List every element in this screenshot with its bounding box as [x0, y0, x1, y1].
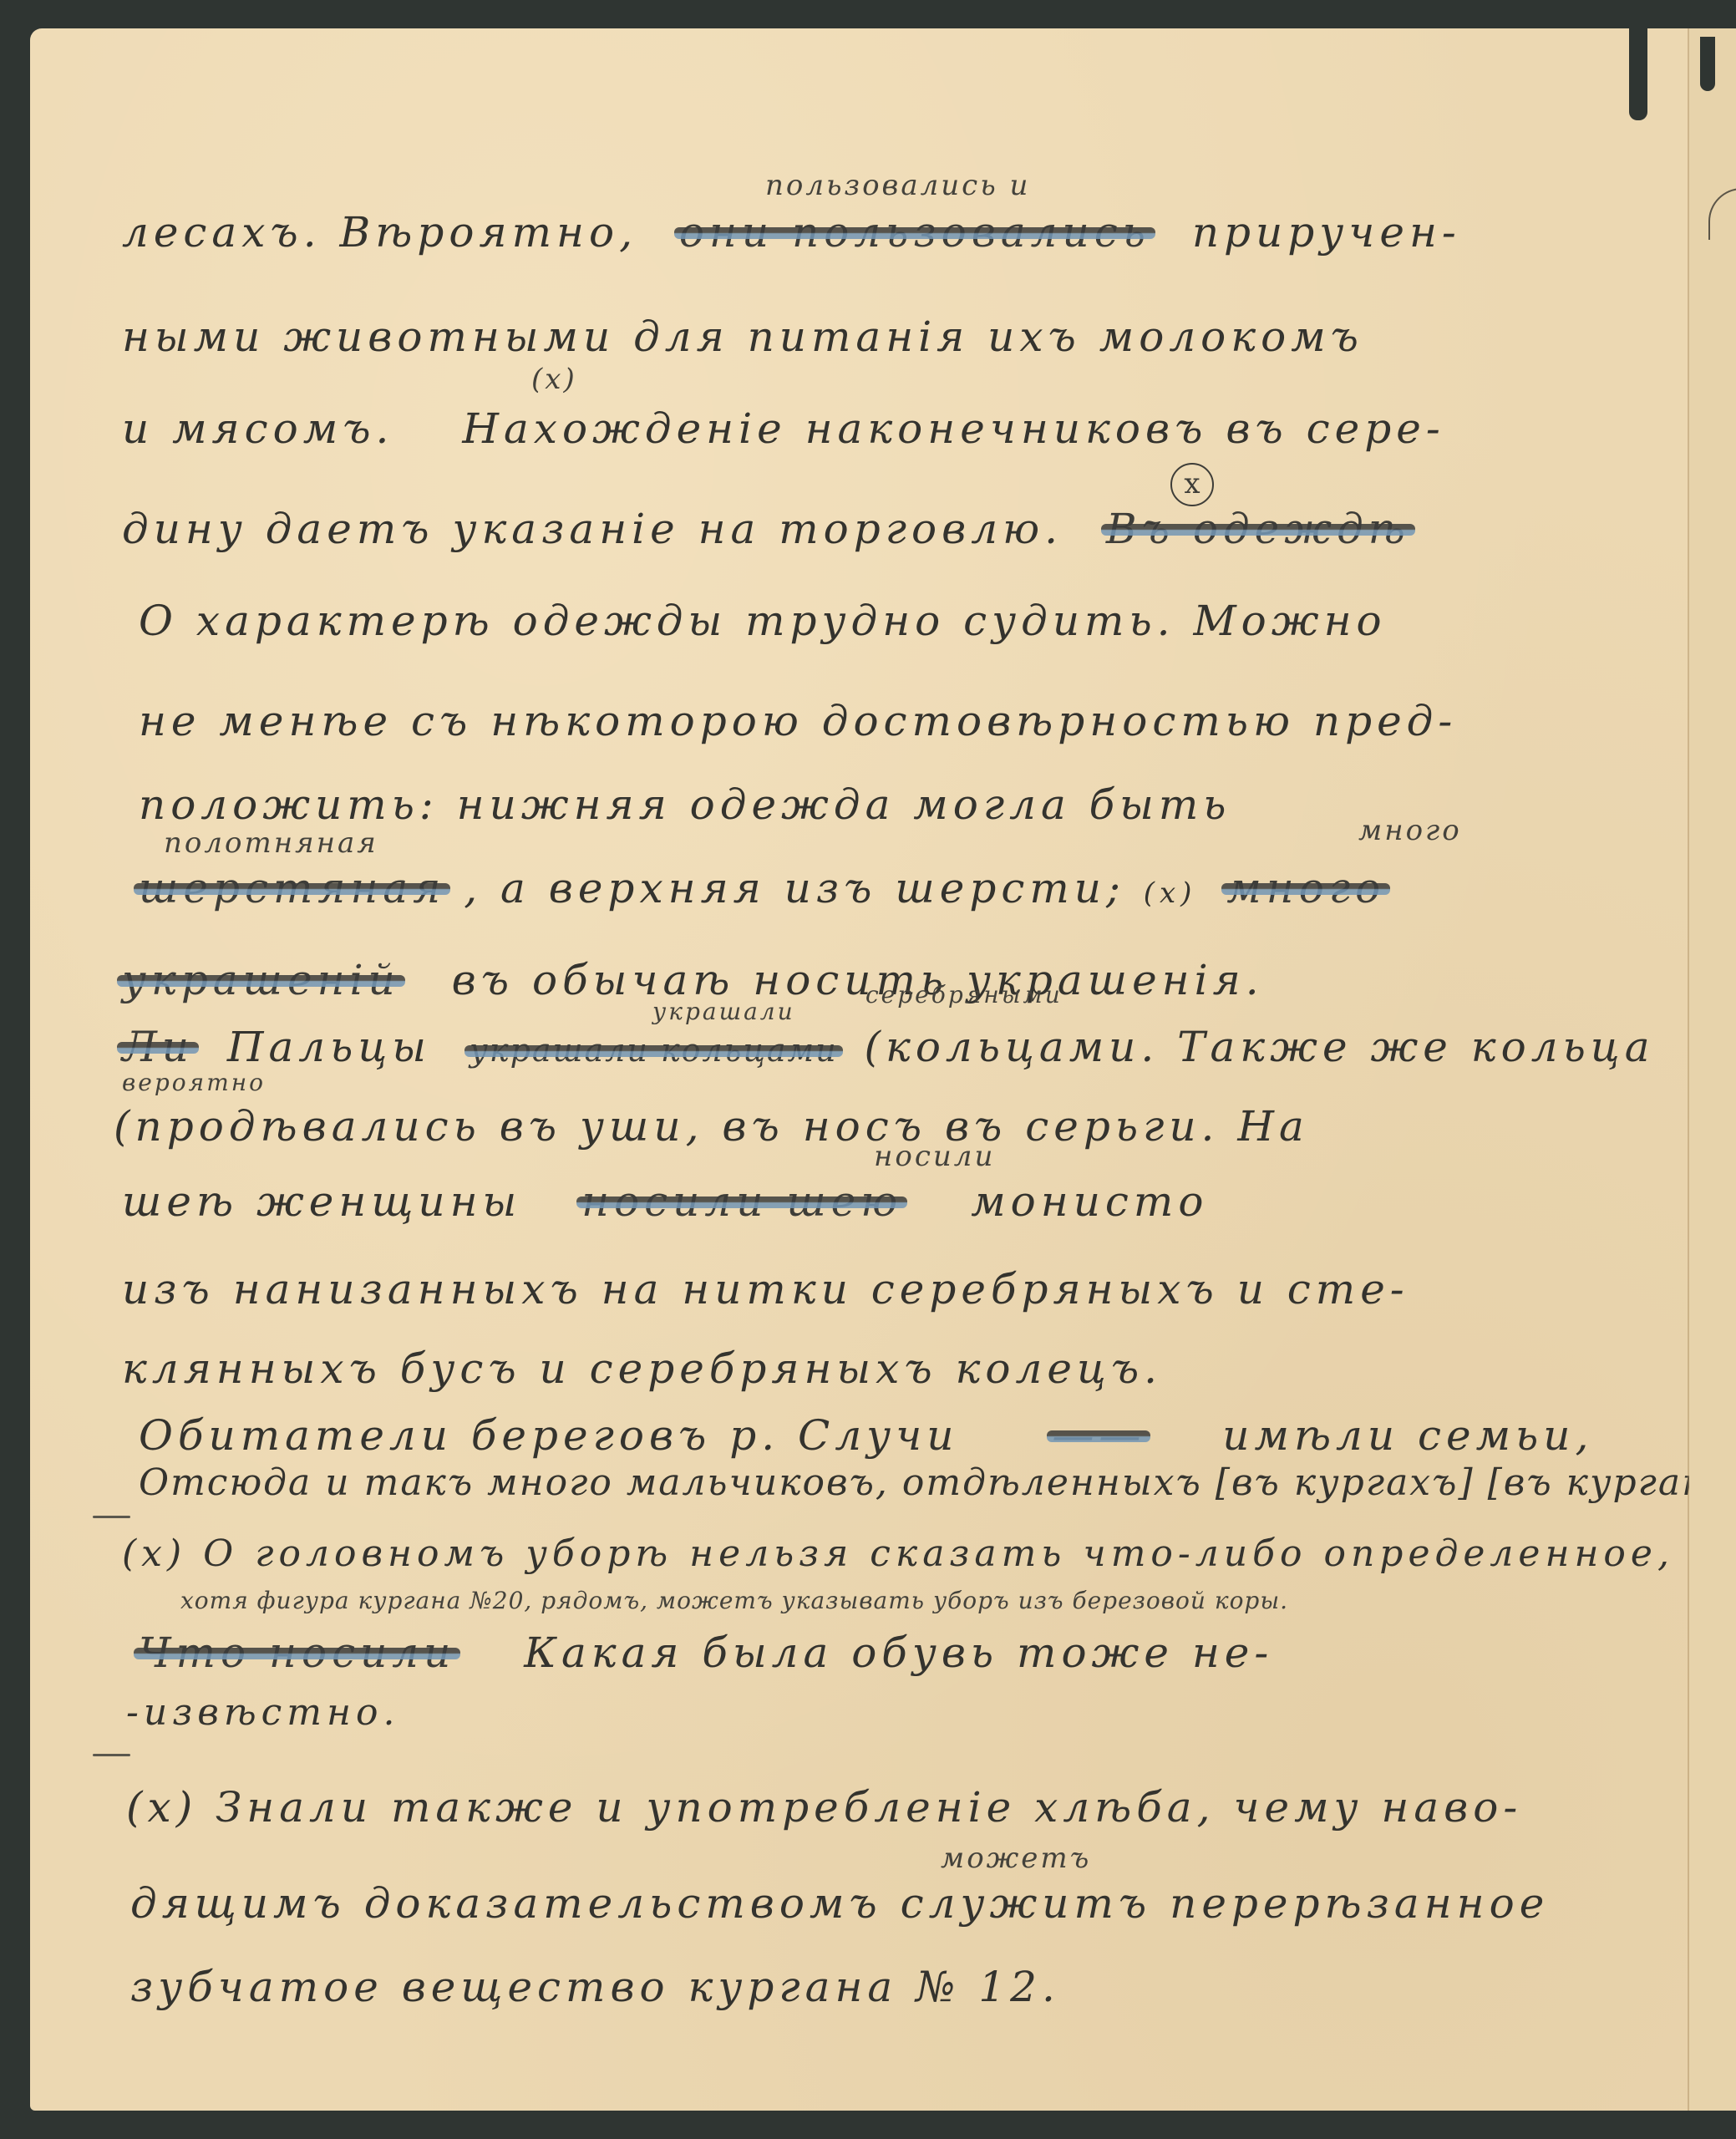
footnote-mark: (x)	[531, 363, 577, 396]
struck-text: украшеній	[122, 956, 400, 1004]
circled-x-mark: x	[1170, 463, 1214, 506]
text: не менѣе съ нѣкоторою достовѣрностью пре…	[139, 697, 1457, 745]
text: Пальцы	[227, 1023, 431, 1071]
text: лесахъ. Вѣроятно,	[122, 208, 637, 257]
footnote-mark: (x)	[122, 1532, 186, 1575]
text: изъ нанизанныхъ на нитки серебряныхъ и с…	[122, 1265, 1409, 1313]
footnote-2-line-2: дящимъ доказательствомъ служитъ перерѣза…	[130, 1879, 1549, 1928]
text: шеѣ женщины	[122, 1177, 521, 1226]
text: приручен-	[1192, 208, 1461, 257]
struck-text: носили шею	[581, 1177, 902, 1226]
text-line-16: Отсюда и такъ много мальчиковъ, отдѣленн…	[139, 1461, 1736, 1504]
text: Отсюда и такъ много мальчиковъ, отдѣленн…	[139, 1461, 1736, 1504]
insertion: носили	[874, 1140, 995, 1173]
text: , а верхняя изъ шерсти;	[464, 864, 1125, 912]
text: ными животными для питанія ихъ молокомъ	[122, 312, 1363, 361]
struck-text: украшали кольцами	[470, 1032, 838, 1069]
text-line-12: шеѣ женщины носили шею монисто	[122, 1177, 1208, 1226]
text: положить: нижняя одежда могла быть	[139, 780, 1231, 829]
ink-tab-mark-right	[1700, 37, 1715, 91]
text-line-10: Ли Пальцы украшали кольцами (кольцами. Т…	[122, 1023, 1655, 1071]
insertion: серебряными	[865, 981, 1063, 1009]
footnote-mark: (x)	[1144, 876, 1197, 910]
text-line-6: не менѣе съ нѣкоторою достовѣрностью пре…	[139, 697, 1457, 745]
text-line-5: О характерѣ одежды трудно судить. Можно	[139, 597, 1387, 645]
struck-text: Въ одеждѣ	[1106, 505, 1410, 553]
text: Обитатели береговъ р. Случи	[139, 1411, 958, 1460]
footnote-separator	[93, 1516, 130, 1518]
text: Знали также и употребленіе хлѣба, чему н…	[216, 1783, 1522, 1832]
text: Нахожденіе наконечниковъ въ сере-	[462, 404, 1444, 453]
text: (кольцами. Также же кольца	[864, 1023, 1654, 1071]
text: Какая была обувь тоже не-	[524, 1628, 1273, 1677]
adjacent-leaf	[1689, 28, 1736, 2111]
manuscript-page: пользовались и лесахъ. Вѣроятно, они пол…	[30, 28, 1736, 2111]
struck-text: шерстяная	[139, 864, 445, 912]
insertion: украшали	[652, 998, 795, 1025]
page-fold	[1688, 28, 1689, 2111]
text-line-7: положить: нижняя одежда могла быть	[139, 780, 1231, 829]
footnote-1-line-3: -извѣстно.	[126, 1691, 399, 1734]
text: зубчатое вещество кургана № 12.	[130, 1963, 1060, 2011]
text: О характерѣ одежды трудно судить. Можно	[139, 597, 1387, 645]
footnote-2: (x) Знали также и употребленіе хлѣба, че…	[126, 1783, 1522, 1832]
text: клянныхъ бусъ и серебряныхъ колецъ.	[122, 1344, 1162, 1393]
footnote-1-line-2: Что носили Какая была обувь тоже не-	[139, 1628, 1273, 1677]
text-line-8: шерстяная , а верхняя изъ шерсти; (x) мн…	[139, 864, 1385, 912]
struck-text: ——	[1052, 1411, 1145, 1460]
footnote-mark: (x)	[126, 1783, 197, 1832]
footnote-1: (x) О головномъ уборѣ нельзя сказать что…	[122, 1532, 1674, 1575]
text-line-13: изъ нанизанныхъ на нитки серебряныхъ и с…	[122, 1265, 1409, 1313]
text-line-14: клянныхъ бусъ и серебряныхъ колецъ.	[122, 1344, 1162, 1393]
struck-text: они пользовались	[679, 208, 1150, 257]
footnote-separator	[93, 1754, 130, 1756]
insertion: много	[1358, 814, 1462, 847]
insertion: полотняная	[164, 826, 378, 860]
text-line-15: Обитатели береговъ р. Случи —— имѣли сем…	[139, 1411, 1593, 1460]
text-line-3: и мясомъ. Нахожденіе наконечниковъ въ се…	[122, 404, 1445, 453]
text-line-4: дину даетъ указаніе на торговлю. Въ одеж…	[122, 505, 1410, 553]
text: монисто	[971, 1177, 1208, 1226]
insertion: можетъ	[941, 1842, 1091, 1875]
text: (продѣвались въ уши, въ носъ въ серьги. …	[114, 1102, 1309, 1151]
text-line-11: (продѣвались въ уши, въ носъ въ серьги. …	[114, 1102, 1309, 1151]
text-line-2: ными животными для питанія ихъ молокомъ	[122, 312, 1363, 361]
text: имѣли семьи,	[1222, 1411, 1593, 1460]
text: и мясомъ.	[122, 404, 393, 453]
ink-tab-mark-left	[1629, 28, 1647, 120]
text: въ обычаѣ носить украшенія.	[452, 956, 1264, 1004]
struck-text: много	[1226, 864, 1385, 912]
text: дящимъ доказательствомъ служитъ перерѣза…	[130, 1879, 1549, 1928]
insertion: вероятно	[122, 1069, 266, 1096]
footnote-subline: хотя фигура кургана №20, рядомъ, можетъ …	[180, 1587, 1288, 1614]
footnote-2-line-3: зубчатое вещество кургана № 12.	[130, 1963, 1060, 2011]
text: О головномъ уборѣ нельзя сказать что-либ…	[203, 1532, 1674, 1575]
text: -извѣстно.	[126, 1691, 399, 1734]
struck-text: Что носили	[139, 1628, 455, 1677]
text-line-1: лесахъ. Вѣроятно, они пользовались приру…	[122, 208, 1461, 257]
insertion: пользовались и	[765, 169, 1030, 202]
text: дину даетъ указаніе на торговлю.	[122, 505, 1063, 553]
struck-text: Ли	[122, 1023, 194, 1071]
